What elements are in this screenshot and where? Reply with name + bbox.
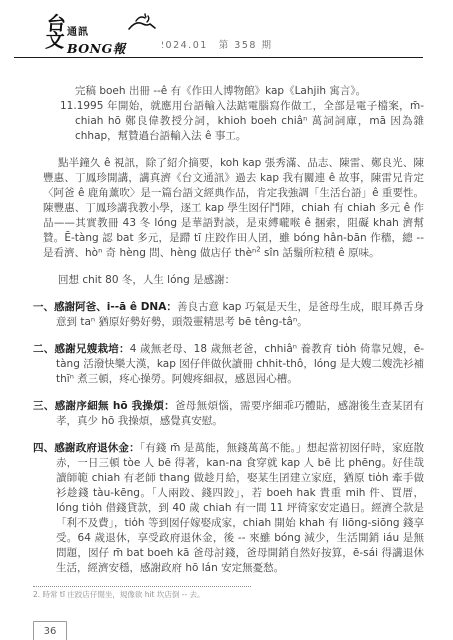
gratitude-item-3-title: 感謝序細無 hō 我操煩： — [55, 400, 175, 412]
gratitude-item-3: 三、感謝序細無 hō 我操煩：爸母無煩惱，需要序細乖巧體貼，感謝後生查某囝有孝，… — [33, 399, 424, 429]
numbered-item-11: 11.1995 年開始，就應用台語輸入法踮電腦寫作做工，全部是電子檔案，m̄-c… — [75, 99, 424, 144]
header-divider — [14, 57, 423, 58]
logo-right-column: 通訊 BONG報 — [67, 23, 126, 57]
paragraph-recall-80-years: 回想 chit 80 冬，人生 lóng 是感謝： — [43, 273, 424, 288]
page-number: 36 — [44, 624, 57, 639]
logo-tongsin-text: 通訊 — [67, 23, 126, 38]
gratitude-item-2-number: 二、 — [33, 343, 55, 355]
article-body: 完稿 boeh 出冊 --ê 有《作田人博物館》kap《Lahjih 寓言》。 … — [33, 84, 424, 640]
page-number-box: 36 — [33, 621, 67, 640]
paragraph-video-meeting: 點半鐘久 ê 視訊，除了紹介摘要，koh kap 張秀滿、品志、陳雷、鄭良光、陳… — [43, 156, 424, 261]
gratitude-item-2: 二、感謝兄嫂栽培：4 歲無老母、18 歲無老爸，chhiâⁿ 養教育 tio̍h… — [33, 342, 424, 387]
gratitude-item-4: 四、感謝政府退休金：「有錢 m̄ 是萬能，無錢萬萬不能。」想起當初囡仔時，家庭散… — [33, 441, 424, 576]
magazine-page: 台 文 通訊 BONG報 2024.01 第 358 期 完稿 boeh 出冊 … — [0, 0, 453, 640]
logo-taibun-text: 台 文 — [45, 16, 66, 51]
issue-label: 2024.01 第 358 期 — [158, 37, 272, 51]
footnote-divider — [33, 586, 251, 587]
gratitude-item-4-title: 感謝政府退休金： — [54, 442, 139, 454]
logo-bong-po-text: BONG報 — [67, 39, 126, 57]
paragraph-video-tail: sîn 話鬚所粒積 ê 原味。 — [261, 247, 380, 259]
footnote-2-text: 2. 時常 tī 庄跤店仔閒坐，規像欲 hit 坎店倒 -- 去。 — [33, 590, 424, 600]
magazine-logo: 台 文 通訊 BONG報 — [42, 16, 162, 57]
gratitude-item-1-title: 感謝阿爸、i--ā ê DNA： — [54, 301, 177, 313]
gratitude-item-1-number: 一、 — [33, 301, 54, 313]
gratitude-item-4-number: 四、 — [33, 442, 54, 454]
gratitude-item-2-title: 感謝兄嫂栽培： — [55, 343, 130, 355]
paragraph-finished-books: 完稿 boeh 出冊 --ê 有《作田人博物館》kap《Lahjih 寓言》。 — [75, 84, 424, 99]
gratitude-item-1: 一、感謝阿爸、i--ā ê DNA：善良古意 kap 巧氣是天生，是爸母生成，眼… — [33, 300, 424, 330]
ox-doodle-icon — [126, 12, 158, 38]
gratitude-item-3-number: 三、 — [33, 400, 55, 412]
gratitude-item-4-text: 「有錢 m̄ 是萬能，無錢萬萬不能。」想起當初囡仔時，家庭散赤，一日三頓 tòe… — [56, 442, 424, 574]
paragraph-video-text: 點半鐘久 ê 視訊，除了紹介摘要，koh kap 張秀滿、品志、陳雷、鄭良光、陳… — [43, 157, 424, 259]
